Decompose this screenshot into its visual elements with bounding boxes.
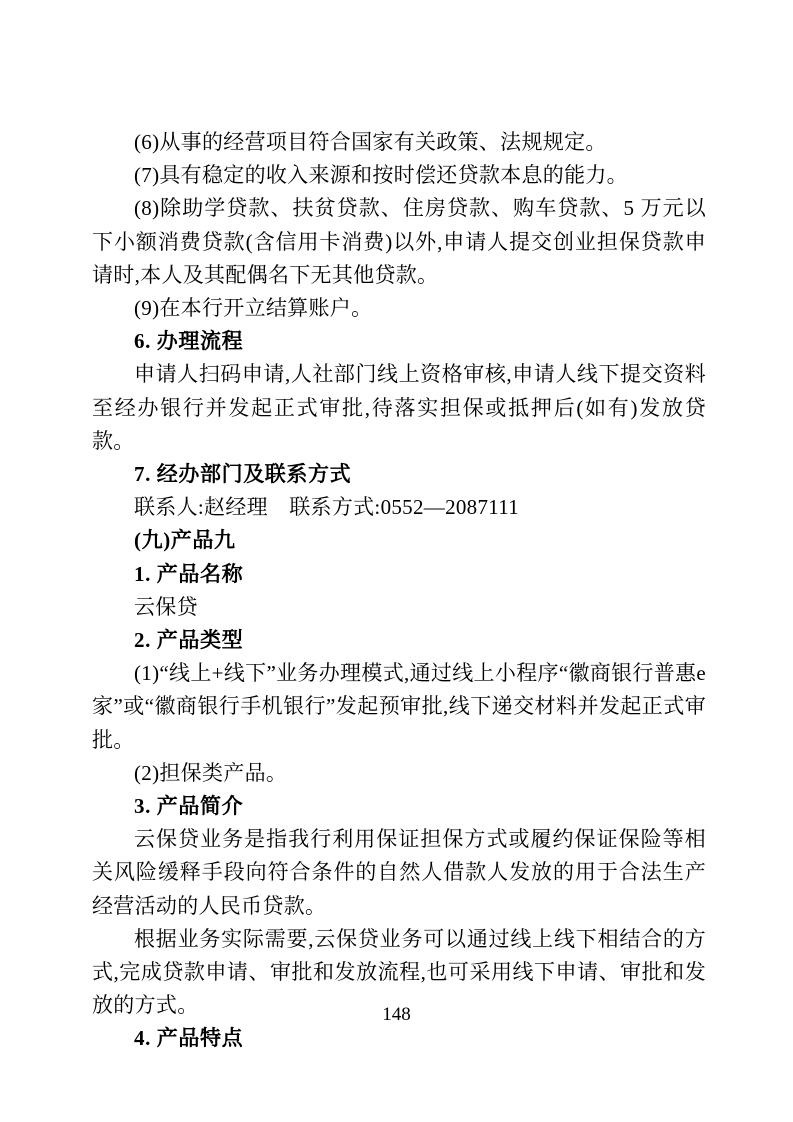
section-heading: 3. 产品简介 bbox=[92, 790, 706, 823]
page-number: 148 bbox=[0, 1001, 793, 1029]
document-page: (6)从事的经营项目符合国家有关政策、法规规定。(7)具有稳定的收入来源和按时偿… bbox=[0, 0, 793, 1122]
body-paragraph: 云保贷 bbox=[92, 591, 706, 624]
section-heading: 7. 经办部门及联系方式 bbox=[92, 458, 706, 491]
body-paragraph: (7)具有稳定的收入来源和按时偿还贷款本息的能力。 bbox=[92, 159, 706, 192]
body-paragraph: (6)从事的经营项目符合国家有关政策、法规规定。 bbox=[92, 126, 706, 159]
body-paragraph: 联系人:赵经理 联系方式:0552—2087111 bbox=[92, 491, 706, 524]
body-paragraph: 云保贷业务是指我行利用保证担保方式或履约保证保险等相关风险缓释手段向符合条件的自… bbox=[92, 823, 706, 923]
section-heading: 2. 产品类型 bbox=[92, 624, 706, 657]
body-paragraph: 申请人扫码申请,人社部门线上资格审核,申请人线下提交资料至经办银行并发起正式审批… bbox=[92, 358, 706, 458]
section-heading: 1. 产品名称 bbox=[92, 558, 706, 591]
document-content: (6)从事的经营项目符合国家有关政策、法规规定。(7)具有稳定的收入来源和按时偿… bbox=[92, 126, 706, 1056]
body-paragraph: (8)除助学贷款、扶贫贷款、住房贷款、购车贷款、5 万元以下小额消费贷款(含信用… bbox=[92, 192, 706, 292]
body-paragraph: (2)担保类产品。 bbox=[92, 757, 706, 790]
section-heading: 6. 办理流程 bbox=[92, 325, 706, 358]
body-paragraph: (1)“线上+线下”业务办理模式,通过线上小程序“徽商银行普惠e 家”或“徽商银… bbox=[92, 657, 706, 757]
body-paragraph: (9)在本行开立结算账户。 bbox=[92, 292, 706, 325]
section-heading: (九)产品九 bbox=[92, 524, 706, 557]
